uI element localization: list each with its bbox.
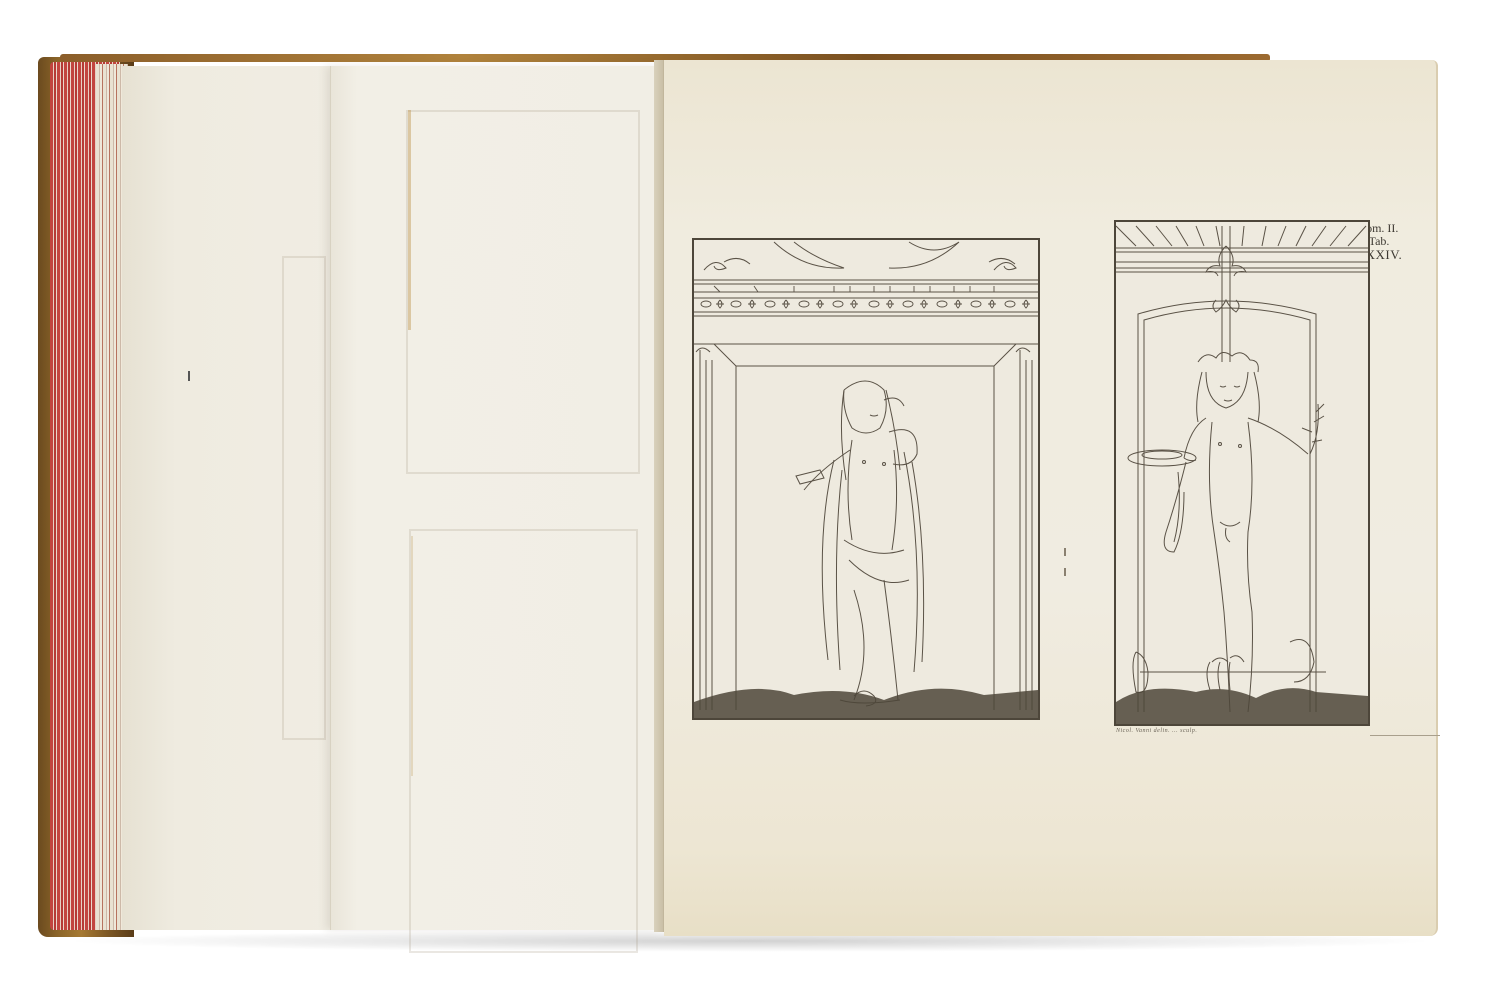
engraving-plate-right[interactable] bbox=[1114, 220, 1370, 726]
draped-figure-engraving bbox=[694, 240, 1038, 718]
wreathed-youth-engraving bbox=[1116, 222, 1368, 724]
ink-mark bbox=[188, 371, 190, 381]
ghost-stain-line bbox=[411, 536, 413, 776]
offset-frame-shadow bbox=[282, 256, 326, 740]
ink-mark bbox=[1064, 568, 1066, 576]
ghost-stain-line bbox=[408, 110, 411, 330]
ghost-plate-lower bbox=[409, 529, 638, 953]
tissue-guard[interactable] bbox=[330, 66, 661, 930]
engraving-plate-left[interactable] bbox=[692, 238, 1040, 720]
page-crease bbox=[1370, 735, 1440, 736]
ink-mark bbox=[1064, 548, 1066, 556]
engraver-caption: Nicol. Vanni delin. ... sculp. bbox=[1116, 728, 1356, 734]
ghost-plate-upper bbox=[406, 110, 640, 474]
